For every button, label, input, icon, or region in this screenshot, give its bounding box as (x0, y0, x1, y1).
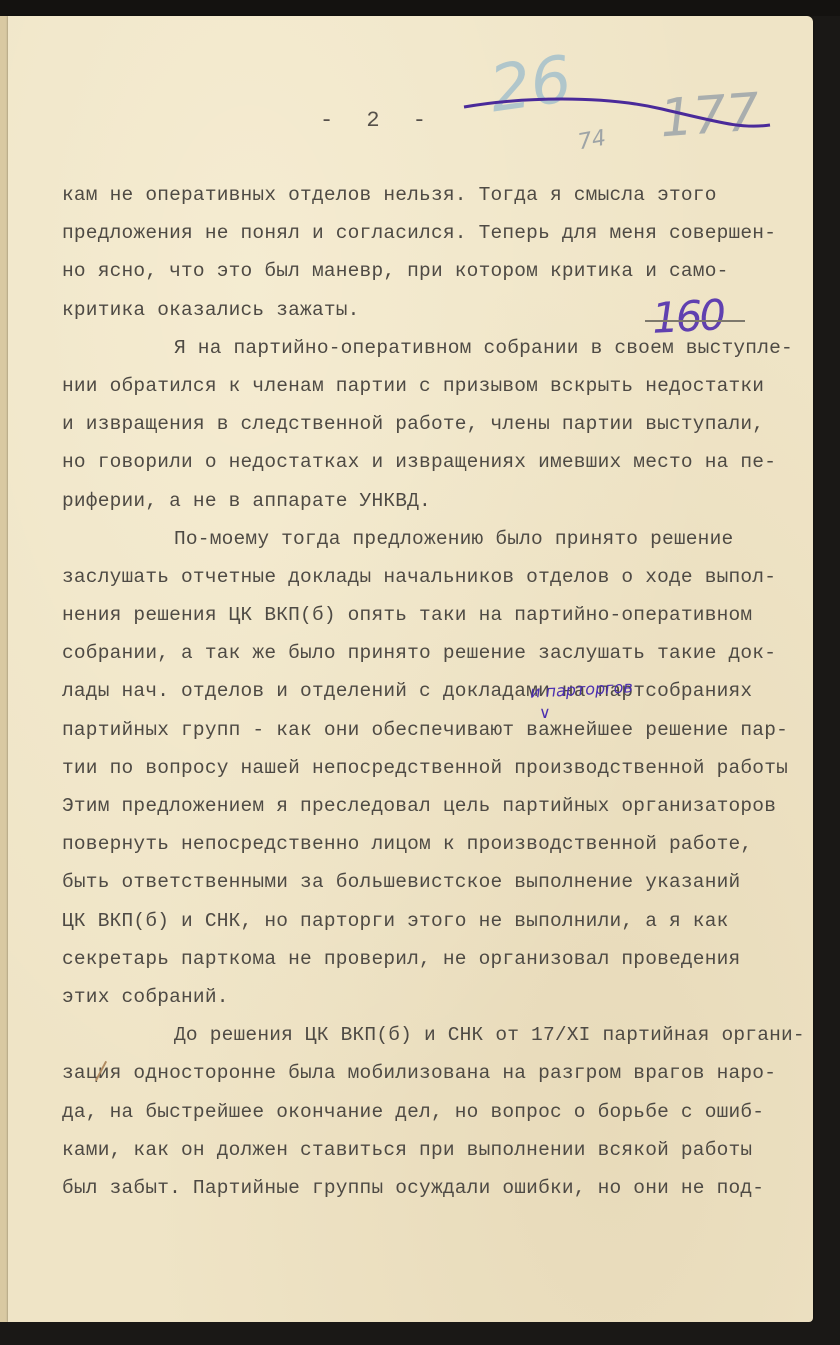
document-body: кам не оперативных отделов нельзя. Тогда… (62, 176, 822, 1207)
text-line: нии обратился к членам партии с призывом… (62, 367, 822, 405)
scan-background-top (0, 0, 840, 16)
text-line-indented: Я на партийно-оперативном собрании в сво… (62, 329, 822, 367)
text-line: зация односторонне была мобилизована на … (62, 1054, 822, 1092)
text-line: нения решения ЦК ВКП(б) опять таки на па… (62, 596, 822, 634)
text-line: тии по вопросу нашей непосредственной пр… (62, 749, 822, 787)
text-line-indented: До решения ЦК ВКП(б) и СНК от 17/XI парт… (62, 1016, 822, 1054)
text-line: этих собраний. (62, 978, 822, 1016)
text-line: но говорили о недостатках и извращениях … (62, 443, 822, 481)
text-line: Этим предложением я преследовал цель пар… (62, 787, 822, 825)
text-line: собрании, а так же было принято решение … (62, 634, 822, 672)
text-line: критика оказались зажаты. (62, 291, 822, 329)
text-line: повернуть непосредственно лицом к произв… (62, 825, 822, 863)
text-line: партийных групп - как они обеспечивают в… (62, 711, 822, 749)
text-line: риферии, а не в аппарате УНКВД. (62, 482, 822, 520)
insertion-caret-icon: ∨ (539, 703, 551, 722)
scan-background-bottom (0, 1322, 840, 1345)
text-line: секретарь парткома не проверил, не орган… (62, 940, 822, 978)
text-line: кам не оперативных отделов нельзя. Тогда… (62, 176, 822, 214)
text-line: лады нач. отделов и отделений с докладам… (62, 672, 822, 710)
page-number: - 2 - (320, 108, 436, 133)
strike-through-line (462, 95, 772, 135)
text-line: заслушать отчетные доклады начальников о… (62, 558, 822, 596)
text-line-indented: По-моему тогда предложению было принято … (62, 520, 822, 558)
text-line: но ясно, что это был маневр, при котором… (62, 252, 822, 290)
text-line: ками, как он должен ставиться при выполн… (62, 1131, 822, 1169)
text-line: предложения не понял и согласился. Тепер… (62, 214, 822, 252)
text-line: да, на быстрейшее окончание дел, но вопр… (62, 1093, 822, 1131)
text-line: ЦК ВКП(б) и СНК, но парторги этого не вы… (62, 902, 822, 940)
text-line: быть ответственными за большевистское вы… (62, 863, 822, 901)
text-line: и извращения в следственной работе, член… (62, 405, 822, 443)
text-line: был забыт. Партийные группы осуждали оши… (62, 1169, 822, 1207)
